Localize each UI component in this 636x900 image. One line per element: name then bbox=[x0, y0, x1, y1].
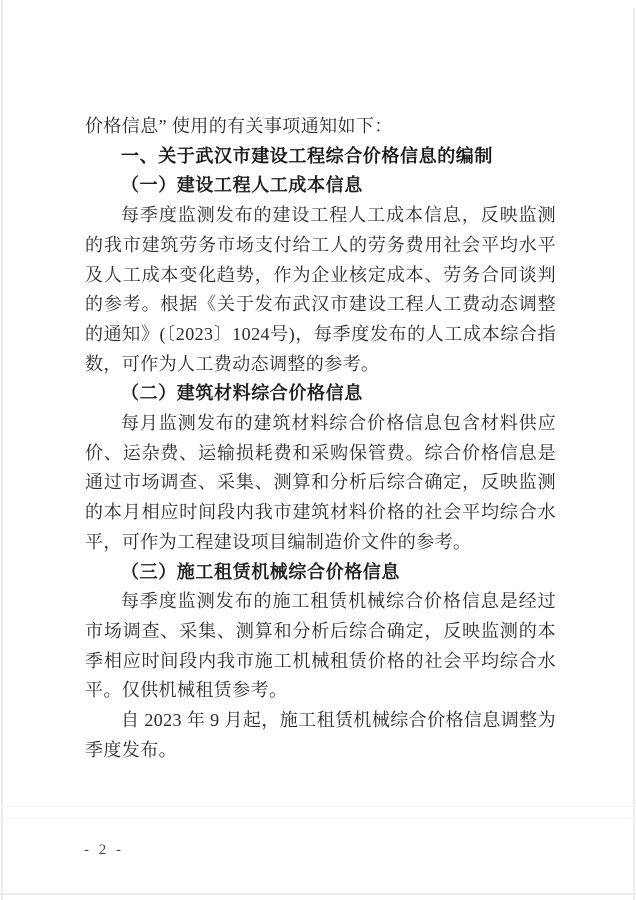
page-number: - 2 - bbox=[84, 840, 124, 860]
scan-edge-bottom bbox=[0, 893, 636, 895]
document-body: 价格信息” 使用的有关事项通知如下： 一、关于武汉市建设工程综合价格信息的编制 … bbox=[85, 112, 556, 765]
subsection-heading-machinery-rental: （三）施工租赁机械综合价格信息 bbox=[85, 558, 556, 588]
scan-edge-left bbox=[1, 0, 3, 900]
paragraph-labor-cost: 每季度监测发布的建设工程人工成本信息，反映监测的我市建筑劳务市场支付给工人的劳务… bbox=[85, 201, 556, 379]
intro-continuation-line: 价格信息” 使用的有关事项通知如下： bbox=[85, 112, 556, 142]
scan-edge-right bbox=[633, 8, 635, 900]
paragraph-building-materials: 每月监测发布的建筑材料综合价格信息包含材料供应价、运杂费、运输损耗费和采购保管费… bbox=[85, 409, 556, 558]
paragraph-machinery-rental: 每季度监测发布的施工租赁机械综合价格信息是经过市场调查、采集、测算和分析后综合确… bbox=[85, 587, 556, 706]
scan-artifact-line bbox=[0, 818, 636, 819]
section-heading-1: 一、关于武汉市建设工程综合价格信息的编制 bbox=[85, 142, 556, 172]
subsection-heading-labor-cost: （一）建设工程人工成本信息 bbox=[85, 171, 556, 201]
subsection-heading-building-materials: （二）建筑材料综合价格信息 bbox=[85, 379, 556, 409]
paragraph-machinery-rental-note: 自 2023 年 9 月起，施工租赁机械综合价格信息调整为季度发布。 bbox=[85, 706, 556, 765]
document-page: 价格信息” 使用的有关事项通知如下： 一、关于武汉市建设工程综合价格信息的编制 … bbox=[0, 0, 636, 900]
scan-artifact-line bbox=[0, 806, 636, 807]
